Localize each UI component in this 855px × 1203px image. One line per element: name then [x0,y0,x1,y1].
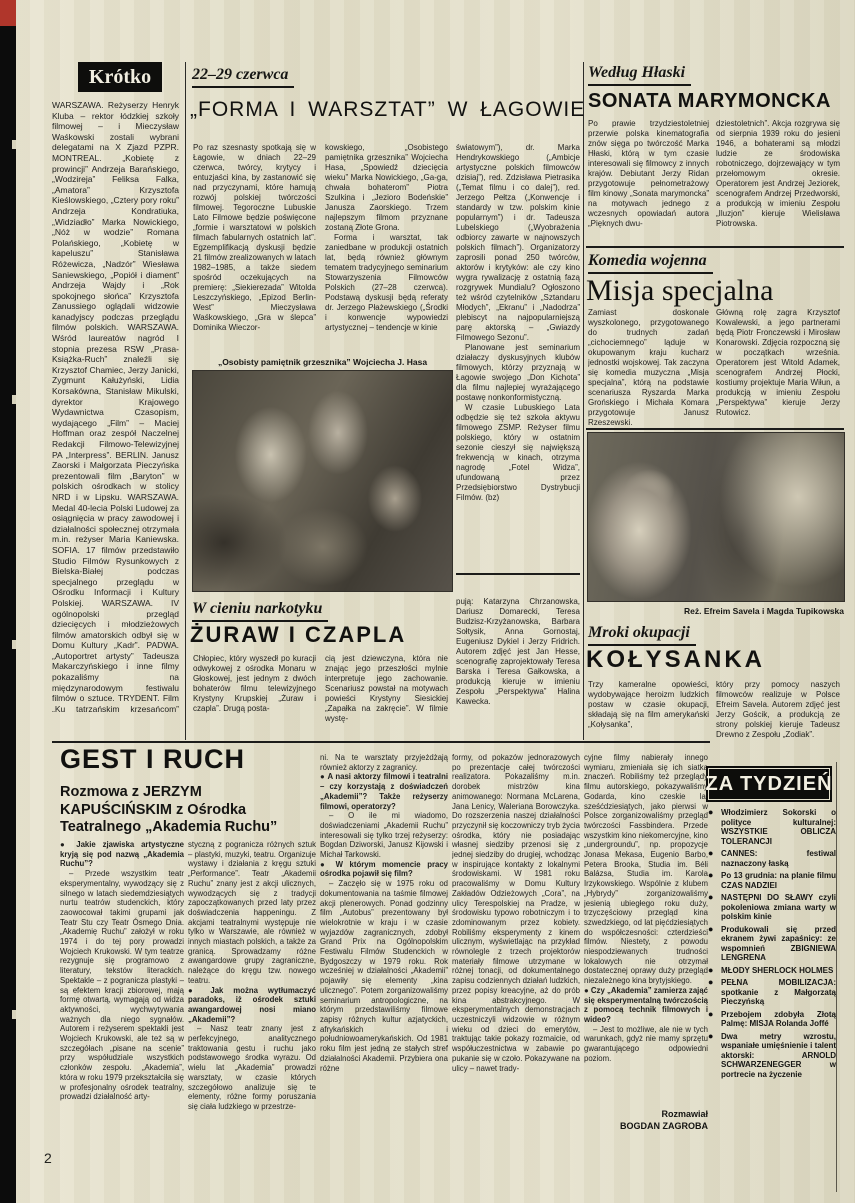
forma-article-column-2: kowskiego, „Osobistego pamiętnika grzesz… [325,143,448,353]
gest-interview-column-5: cyjne filmy nabierały innego wymiaru, zm… [584,753,708,1105]
list-item: ●Dwa metry wzrostu, wspaniałe umięśnieni… [708,1032,836,1080]
gest-subhead: Rozmowa z JERZYM KAPUŚCIŃSKIM z Ośrodka … [60,784,300,837]
gest-interview-column-1: ● Jakie zjawiska artystyczne kryją się p… [60,840,184,1152]
kolysanka-kicker: Mroki okupacji [588,624,696,646]
section-divider [586,246,844,248]
za-tydzien-list: ●Włodzimierz Sokorski o polityce kultura… [708,808,836,1082]
gest-interview-column-3: ni. Na te warsztaty przyjeżdżają również… [320,753,448,1153]
krotko-news-briefs: WARSZAWA. Reżyserzy Henryk Kluba – rekto… [52,100,179,712]
gest-interview-column-2: styczną z pogranicza różnych sztuk – pla… [188,840,316,1152]
bullet-icon: ● [708,925,721,963]
bullet-icon: ● [708,978,721,1007]
section-divider [52,741,710,743]
list-item: ●MŁODY SHERLOCK HOLMES [708,966,836,976]
kolysanka-headline: KOŁYSANKA [586,646,765,674]
zuraw-headline: ŻURAW I CZAPLA [190,622,406,648]
edge-notch [12,395,16,404]
list-item: ●PEŁNA MOBILIZACJA: spotkanie z Małgorza… [708,978,836,1007]
misja-article-column-1: Zamiast doskonale wyszkolonego, przygoto… [588,308,709,426]
edge-notch [12,140,16,149]
list-item: ●Przebojem zdobyła Złotą Palmę: MISJA Ro… [708,1010,836,1029]
bullet-icon: ● [708,849,721,868]
bullet-icon: ● [708,871,721,890]
zuraw-kicker: W cieniu narkotyku [192,600,328,622]
bullet-icon: ● [708,893,721,922]
column-divider [583,62,584,740]
bullet-icon: ● [708,808,721,846]
list-item: ●Po 13 grudnia: na planie filmu CZAS NAD… [708,871,836,890]
edge-notch [12,1010,16,1019]
krotko-section-header: Krótko [78,62,162,92]
forma-article-column-1: Po raz szesnasty spotkają się w Łagowie,… [193,143,316,353]
page-fold-line [836,762,837,1192]
gest-signoff: Rozmawiał BOGDAN ZAGROBA [584,1108,708,1132]
forma-kicker: 22–29 czerwca [192,66,294,88]
list-item: ●Produkowali się przed ekranem żywi zapa… [708,925,836,963]
bullet-icon: ● [708,1032,721,1080]
gest-headline: GEST I RUCH [60,744,245,775]
column-divider [185,62,186,740]
za-tydzien-title: ZA TYDZIEŃ [705,773,832,796]
krotko-title: Krótko [89,66,151,89]
kolysanka-article-column-2: który przy pomocy naszych filmowców real… [716,680,840,760]
forma-article-column-3: światowym”), dr. Marka Hendrykowskiego (… [456,143,580,567]
photo-caption-osobisty-pamietnik: „Osobisty pamiętnik grzesznika” Wojciech… [193,357,452,367]
bullet-icon: ● [708,1010,721,1029]
zuraw-article-column-2: cią jest dziewczyna, która nie znając je… [325,654,448,736]
section-divider [456,573,580,575]
film-still-osobisty-pamietnik [193,371,452,591]
zuraw-article-column-1: Chłopiec, który wyszedł po kuracji odwyk… [193,654,316,736]
gest-signoff-role: Rozmawiał [584,1108,708,1120]
bullet-icon: ● [708,966,721,976]
list-item: ●CANNES: festiwal naznaczony łaską [708,849,836,868]
zuraw-article-column-3: pują: Katarzyna Chrzanowska, Dariusz Dom… [456,597,580,737]
forma-headline: „FORMA I WARSZTAT” W ŁAGOWIE [190,98,584,122]
kolysanka-article-column-1: Trzy kameralne opowieści, wydobywające h… [588,680,709,738]
za-tydzien-header: ZA TYDZIEŃ [708,768,830,800]
section-divider [586,428,844,430]
sonata-article-column-2: dziestoletnich”. Akcja rozgrywa się od s… [716,119,840,243]
list-item: ●Włodzimierz Sokorski o polityce kultura… [708,808,836,846]
sonata-headline: SONATA MARYMONCKA [588,90,831,113]
gest-interview-column-4: formy, od pokazów jednorazowych po preze… [452,753,580,1153]
gest-signoff-name: BOGDAN ZAGROBA [584,1120,708,1132]
sonata-article-column-1: Po prawie trzydziestoletniej przerwie po… [588,119,709,243]
sonata-kicker: Według Hłaski [588,64,691,86]
misja-kicker: Komedia wojenna [588,252,713,274]
page-number: 2 [44,1150,52,1166]
edge-notch [12,640,16,649]
film-edge-strip [0,0,16,1203]
misja-headline: Misja specjalna [586,274,773,308]
film-still-kolysanka [588,433,844,601]
misja-article-column-2: Główną rolę zagra Krzysztof Kowalewski, … [716,308,840,426]
newspaper-page: Krótko WARSZAWA. Reżyserzy Henryk Kluba … [0,0,855,1203]
list-item: ●NASTĘPNI DO SŁAWY czyli pokoleniowa zmi… [708,893,836,922]
red-edge-mark [0,0,16,26]
photo-caption-kolysanka: Reż. Efreim Savela i Magda Tupikowska [588,606,844,616]
